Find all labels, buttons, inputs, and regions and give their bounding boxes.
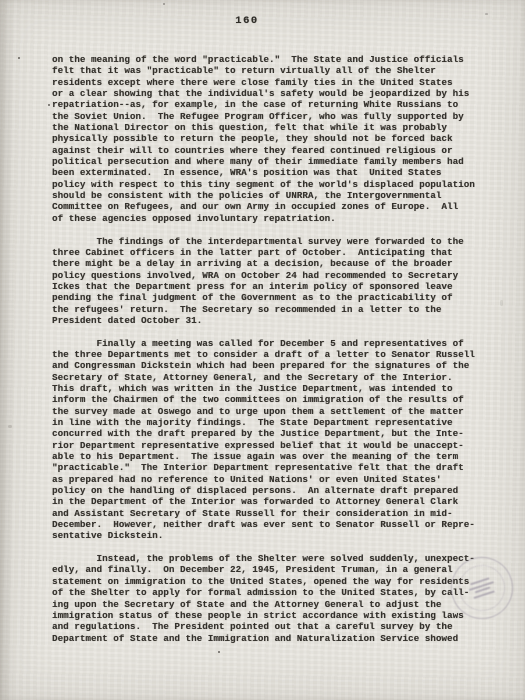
document-body: on the meaning of the word "practicable.… — [52, 54, 492, 644]
scan-noise-speck — [485, 13, 488, 15]
scan-noise-speck — [500, 300, 503, 306]
paragraph-1: on the meaning of the word "practicable.… — [52, 54, 492, 224]
scan-noise-speck — [18, 57, 21, 60]
scanned-document-page: 160 on the meaning of the word "practica… — [0, 0, 525, 700]
scan-noise-speck — [218, 651, 220, 653]
scan-noise-speck — [48, 104, 50, 106]
paragraph-2: The findings of the interdepartmental su… — [52, 236, 492, 327]
scan-noise-speck — [8, 425, 12, 428]
paragraph-4: Instead, the problems of the Shelter wer… — [52, 553, 492, 644]
scan-noise-speck — [163, 3, 165, 5]
paragraph-3: Finally a meeting was called for Decembe… — [52, 338, 492, 542]
scan-edge-shading — [0, 0, 14, 700]
page-number: 160 — [0, 15, 494, 27]
